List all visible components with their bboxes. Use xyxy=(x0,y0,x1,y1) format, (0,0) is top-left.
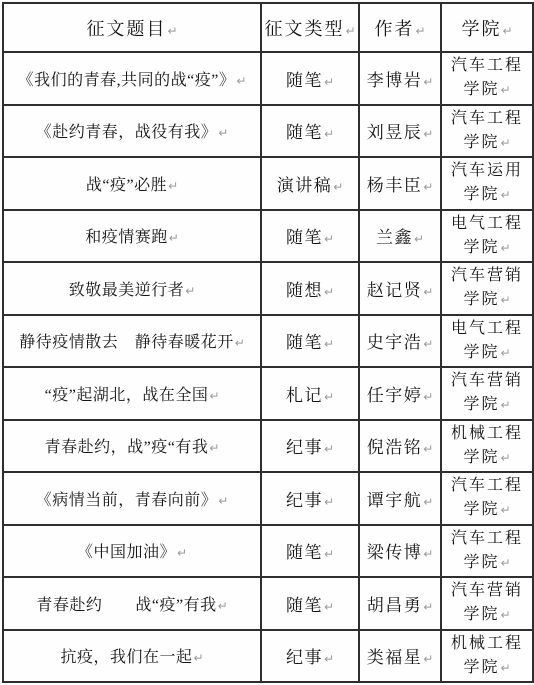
author-cell-text: 类福星 xyxy=(367,648,423,667)
author-cell-text: 兰鑫 xyxy=(376,228,413,247)
author-cell: 任宇婷↵ xyxy=(359,367,441,420)
type-cell: 随想↵ xyxy=(261,262,359,315)
table-row: “疫”起湖北，战在全国↵札记↵任宇婷↵汽车营销学院↵ xyxy=(3,367,533,420)
paragraph-mark-icon: ↵ xyxy=(500,188,510,202)
paragraph-mark-icon: ↵ xyxy=(500,451,510,465)
paragraph-mark-icon: ↵ xyxy=(167,24,177,38)
author-cell: 杨丰臣↵ xyxy=(359,157,441,210)
type-cell: 纪事↵ xyxy=(261,630,359,683)
title-cell: 致敬最美逆行者↵ xyxy=(3,262,261,315)
paragraph-mark-icon: ↵ xyxy=(218,494,228,508)
type-cell-text: 随笔 xyxy=(286,543,323,562)
paragraph-mark-icon: ↵ xyxy=(500,398,510,412)
college-cell: 汽车工程学院↵ xyxy=(441,472,533,525)
paragraph-mark-icon: ↵ xyxy=(423,547,433,561)
header-title-label: 征文题目 xyxy=(86,19,166,39)
title-cell: 《我们的青春,共同的战“疫”》↵ xyxy=(3,52,261,105)
type-cell-text: 随笔 xyxy=(286,71,323,90)
title-cell: 青春赴约，战”疫“有我↵ xyxy=(3,420,261,473)
author-cell: 李博岩↵ xyxy=(359,52,441,105)
header-author-label: 作者 xyxy=(374,19,414,39)
title-cell-text: 战“疫”必胜 xyxy=(86,177,167,194)
college-cell: 机械工程学院↵ xyxy=(441,630,533,683)
table-row: 青春赴约，战”疫“有我↵纪事↵倪浩铭↵机械工程学院↵ xyxy=(3,420,533,473)
paragraph-mark-icon: ↵ xyxy=(209,441,219,455)
type-cell: 纪事↵ xyxy=(261,472,359,525)
paragraph-mark-icon: ↵ xyxy=(423,652,433,666)
type-cell: 随笔↵ xyxy=(261,577,359,630)
table-row: 抗疫，我们在一起↵纪事↵类福星↵机械工程学院↵ xyxy=(3,630,533,683)
title-cell-text: 《赴约青春，战役有我》 xyxy=(36,124,218,141)
paragraph-mark-icon: ↵ xyxy=(168,179,178,193)
essay-submissions-table: 征文题目↵ 征文类型↵ 作者↵ 学院↵ 《我们的青春,共同的战“疫”》↵随笔↵李… xyxy=(2,2,534,683)
title-cell: 静待疫情散去 静待春暖花开↵ xyxy=(3,315,261,368)
college-cell-text: 汽车工程学院 xyxy=(451,477,523,518)
type-cell: 札记↵ xyxy=(261,367,359,420)
author-cell-text: 刘昱辰 xyxy=(367,123,423,142)
table-row: 青春赴约 战“疫”有我↵随笔↵胡昌勇↵汽车营销学院↵ xyxy=(3,577,533,630)
paragraph-mark-icon: ↵ xyxy=(500,556,510,570)
title-cell: 《病情当前，青春向前》↵ xyxy=(3,472,261,525)
paragraph-mark-icon: ↵ xyxy=(324,75,334,89)
title-cell: 《中国加油》↵ xyxy=(3,525,261,578)
paragraph-mark-icon: ↵ xyxy=(500,136,510,150)
type-cell-text: 随笔 xyxy=(286,123,323,142)
title-cell: 抗疫，我们在一起↵ xyxy=(3,630,261,683)
type-cell-text: 纪事 xyxy=(286,438,323,457)
paragraph-mark-icon: ↵ xyxy=(218,599,228,613)
paragraph-mark-icon: ↵ xyxy=(324,285,334,299)
table-row: 和疫情赛跑↵随笔↵兰鑫↵电气工程学院↵ xyxy=(3,210,533,263)
author-cell-text: 李博岩 xyxy=(367,71,423,90)
paragraph-mark-icon: ↵ xyxy=(423,180,433,194)
header-author: 作者↵ xyxy=(359,3,441,52)
author-cell: 梁传博↵ xyxy=(359,525,441,578)
paragraph-mark-icon: ↵ xyxy=(324,442,334,456)
header-college-label: 学院 xyxy=(461,19,501,39)
table-row: 《赴约青春，战役有我》↵随笔↵刘昱辰↵汽车工程学院↵ xyxy=(3,105,533,158)
author-cell: 类福星↵ xyxy=(359,630,441,683)
paragraph-mark-icon: ↵ xyxy=(423,337,433,351)
paragraph-mark-icon: ↵ xyxy=(414,232,424,246)
table-header-row: 征文题目↵ 征文类型↵ 作者↵ 学院↵ xyxy=(3,3,533,52)
author-cell: 倪浩铭↵ xyxy=(359,420,441,473)
college-cell: 汽车工程学院↵ xyxy=(441,105,533,158)
college-cell: 汽车运用学院↵ xyxy=(441,157,533,210)
college-cell-text: 电气工程学院 xyxy=(451,215,523,256)
header-type: 征文类型↵ xyxy=(261,3,359,52)
author-cell: 兰鑫↵ xyxy=(359,210,441,263)
table-row: 《我们的青春,共同的战“疫”》↵随笔↵李博岩↵汽车工程学院↵ xyxy=(3,52,533,105)
college-cell: 汽车营销学院↵ xyxy=(441,577,533,630)
title-cell-text: “疫”起湖北，战在全国 xyxy=(45,387,209,404)
author-cell: 赵记贤↵ xyxy=(359,262,441,315)
college-cell: 电气工程学院↵ xyxy=(441,315,533,368)
college-cell: 电气工程学院↵ xyxy=(441,210,533,263)
college-cell-text: 汽车营销学院 xyxy=(451,267,523,308)
college-cell-text: 汽车营销学院 xyxy=(451,582,523,623)
paragraph-mark-icon: ↵ xyxy=(333,180,343,194)
author-cell-text: 史宇浩 xyxy=(367,333,423,352)
paragraph-mark-icon: ↵ xyxy=(423,390,433,404)
table-row: 静待疫情散去 静待春暖花开↵随笔↵史宇浩↵电气工程学院↵ xyxy=(3,315,533,368)
type-cell-text: 札记 xyxy=(286,386,323,405)
paragraph-mark-icon: ↵ xyxy=(423,600,433,614)
paragraph-mark-icon: ↵ xyxy=(218,126,228,140)
author-cell: 谭宇航↵ xyxy=(359,472,441,525)
paragraph-mark-icon: ↵ xyxy=(423,442,433,456)
college-cell: 汽车营销学院↵ xyxy=(441,262,533,315)
type-cell: 纪事↵ xyxy=(261,420,359,473)
paragraph-mark-icon: ↵ xyxy=(324,652,334,666)
paragraph-mark-icon: ↵ xyxy=(236,74,246,88)
paragraph-mark-icon: ↵ xyxy=(185,284,195,298)
author-cell-text: 倪浩铭 xyxy=(367,438,423,457)
college-cell: 汽车营销学院↵ xyxy=(441,367,533,420)
type-cell: 随笔↵ xyxy=(261,210,359,263)
type-cell-text: 演讲稿 xyxy=(277,176,333,195)
paragraph-mark-icon: ↵ xyxy=(423,127,433,141)
title-cell: 和疫情赛跑↵ xyxy=(3,210,261,263)
author-cell-text: 谭宇航 xyxy=(367,491,423,510)
college-cell-text: 汽车营销学院 xyxy=(451,372,523,413)
college-cell-text: 电气工程学院 xyxy=(451,320,523,361)
header-college: 学院↵ xyxy=(441,3,533,52)
title-cell-text: 致敬最美逆行者 xyxy=(69,282,185,299)
type-cell: 随笔↵ xyxy=(261,105,359,158)
table-row: 战“疫”必胜↵演讲稿↵杨丰臣↵汽车运用学院↵ xyxy=(3,157,533,210)
college-cell: 汽车工程学院↵ xyxy=(441,525,533,578)
type-cell: 随笔↵ xyxy=(261,52,359,105)
college-cell: 汽车工程学院↵ xyxy=(441,52,533,105)
paragraph-mark-icon: ↵ xyxy=(209,389,219,403)
college-cell: 机械工程学院↵ xyxy=(441,420,533,473)
paragraph-mark-icon: ↵ xyxy=(500,608,510,622)
college-cell-text: 汽车工程学院 xyxy=(451,57,523,98)
table-row: 《中国加油》↵随笔↵梁传博↵汽车工程学院↵ xyxy=(3,525,533,578)
college-cell-text: 汽车工程学院 xyxy=(451,530,523,571)
type-cell-text: 随想 xyxy=(286,281,323,300)
paragraph-mark-icon: ↵ xyxy=(324,232,334,246)
table-row: 《病情当前，青春向前》↵纪事↵谭宇航↵汽车工程学院↵ xyxy=(3,472,533,525)
paragraph-mark-icon: ↵ xyxy=(500,83,510,97)
author-cell-text: 杨丰臣 xyxy=(367,176,423,195)
title-cell-text: 青春赴约 战“疫”有我 xyxy=(36,597,216,614)
table-row: 致敬最美逆行者↵随想↵赵记贤↵汽车营销学院↵ xyxy=(3,262,533,315)
title-cell-text: 和疫情赛跑 xyxy=(85,229,168,246)
type-cell: 随笔↵ xyxy=(261,315,359,368)
type-cell-text: 纪事 xyxy=(286,648,323,667)
paragraph-mark-icon: ↵ xyxy=(423,75,433,89)
paragraph-mark-icon: ↵ xyxy=(500,293,510,307)
title-cell-text: 青春赴约，战”疫“有我 xyxy=(45,439,209,456)
paragraph-mark-icon: ↵ xyxy=(324,127,334,141)
title-cell: “疫”起湖北，战在全国↵ xyxy=(3,367,261,420)
type-cell: 随笔↵ xyxy=(261,525,359,578)
college-cell-text: 机械工程学院 xyxy=(451,425,523,466)
paragraph-mark-icon: ↵ xyxy=(324,600,334,614)
paragraph-mark-icon: ↵ xyxy=(423,285,433,299)
college-cell-text: 汽车工程学院 xyxy=(451,110,523,151)
paragraph-mark-icon: ↵ xyxy=(193,651,203,665)
paragraph-mark-icon: ↵ xyxy=(235,336,245,350)
author-cell-text: 赵记贤 xyxy=(367,281,423,300)
title-cell: 《赴约青春，战役有我》↵ xyxy=(3,105,261,158)
paragraph-mark-icon: ↵ xyxy=(502,24,512,38)
paragraph-mark-icon: ↵ xyxy=(500,503,510,517)
title-cell-text: 抗疫，我们在一起 xyxy=(60,649,192,666)
paragraph-mark-icon: ↵ xyxy=(324,495,334,509)
type-cell-text: 随笔 xyxy=(286,333,323,352)
author-cell-text: 任宇婷 xyxy=(367,386,423,405)
college-cell-text: 汽车运用学院 xyxy=(451,162,523,203)
paragraph-mark-icon: ↵ xyxy=(423,495,433,509)
paragraph-mark-icon: ↵ xyxy=(500,661,510,675)
paragraph-mark-icon: ↵ xyxy=(177,546,187,560)
title-cell: 战“疫”必胜↵ xyxy=(3,157,261,210)
title-cell-text: 《病情当前，青春向前》 xyxy=(36,492,218,509)
title-cell-text: 《我们的青春,共同的战“疫”》 xyxy=(18,72,236,89)
paragraph-mark-icon: ↵ xyxy=(324,337,334,351)
author-cell-text: 胡昌勇 xyxy=(367,596,423,615)
header-type-label: 征文类型 xyxy=(264,19,344,39)
paragraph-mark-icon: ↵ xyxy=(500,346,510,360)
paragraph-mark-icon: ↵ xyxy=(500,241,510,255)
college-cell-text: 机械工程学院 xyxy=(451,635,523,676)
type-cell-text: 纪事 xyxy=(286,491,323,510)
author-cell: 刘昱辰↵ xyxy=(359,105,441,158)
type-cell: 演讲稿↵ xyxy=(261,157,359,210)
table-body: 《我们的青春,共同的战“疫”》↵随笔↵李博岩↵汽车工程学院↵《赴约青春，战役有我… xyxy=(3,52,533,682)
paragraph-mark-icon: ↵ xyxy=(324,390,334,404)
type-cell-text: 随笔 xyxy=(286,228,323,247)
paragraph-mark-icon: ↵ xyxy=(169,231,179,245)
paragraph-mark-icon: ↵ xyxy=(415,24,425,38)
paragraph-mark-icon: ↵ xyxy=(345,24,355,38)
header-title: 征文题目↵ xyxy=(3,3,261,52)
title-cell-text: 《中国加油》 xyxy=(77,544,176,561)
author-cell-text: 梁传博 xyxy=(367,543,423,562)
title-cell: 青春赴约 战“疫”有我↵ xyxy=(3,577,261,630)
author-cell: 史宇浩↵ xyxy=(359,315,441,368)
paragraph-mark-icon: ↵ xyxy=(324,547,334,561)
title-cell-text: 静待疫情散去 静待春暖花开 xyxy=(19,334,234,351)
author-cell: 胡昌勇↵ xyxy=(359,577,441,630)
type-cell-text: 随笔 xyxy=(286,596,323,615)
